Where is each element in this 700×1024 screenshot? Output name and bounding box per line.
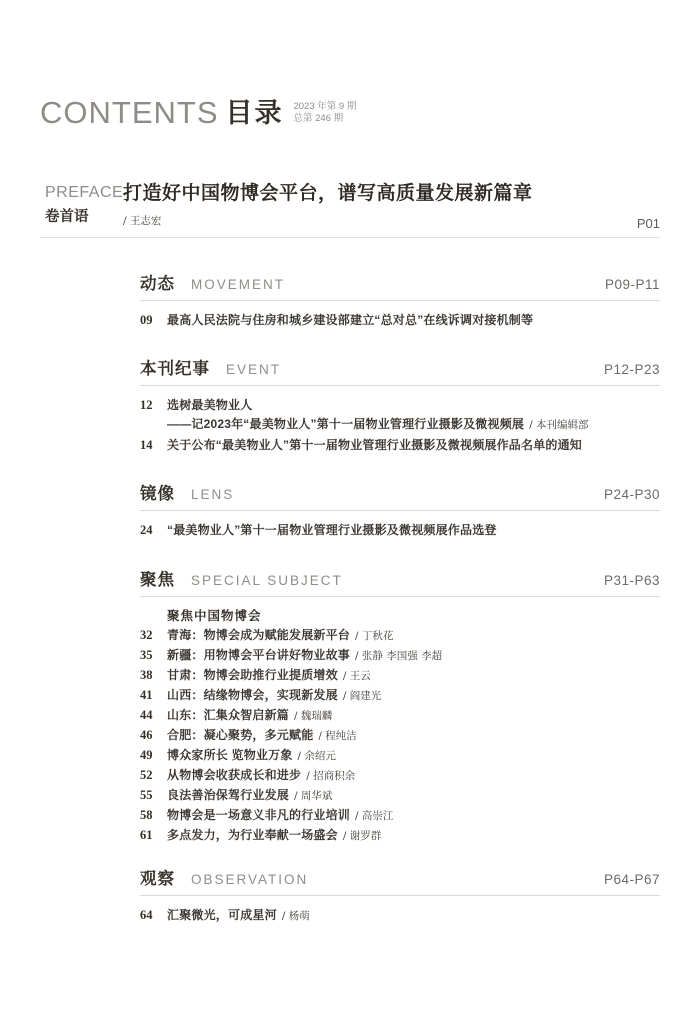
toc-item: 14 关于公布“最美物业人”第十一届物业管理行业摄影及微视频展作品名单的通知 (140, 438, 660, 452)
section-header: 本刊纪事 EVENT P12-P23 (140, 359, 660, 380)
item-author: / 高崇江 (355, 809, 393, 823)
item-author: / 程纯洁 (318, 729, 356, 743)
toc-item: 61 多点发力，为行业奉献一场盛会 / 谢罗群 (140, 828, 660, 843)
item-title: 汇聚微光，可成星河 (167, 908, 277, 922)
section-header: 镜像 LENS P24-P30 (140, 484, 660, 505)
item-title: 山东：汇集众智启新篇 (167, 708, 289, 722)
item-page-number: 55 (140, 788, 167, 802)
section-title-en: MOVEMENT (191, 275, 285, 295)
section-divider (140, 385, 660, 386)
toc-item: 55 良法善治保驾行业发展 / 周华斌 (140, 788, 660, 803)
item-author: / 阎建光 (343, 689, 381, 703)
item-title: 多点发力，为行业奉献一场盛会 (167, 828, 338, 842)
toc-item: 41 山西：结缘物博会，实现新发展 / 阎建光 (140, 688, 660, 703)
toc-item: 24 “最美物业人”第十一届物业管理行业摄影及微视频展作品选登 (140, 523, 660, 537)
item-title: 从物博会收获成长和进步 (167, 768, 301, 782)
toc-item: 49 博众家所长 览物业万象 / 余绍元 (140, 748, 660, 763)
item-page-number: 24 (140, 523, 167, 537)
section-lens: 镜像 LENS P24-P30 24 “最美物业人”第十一届物业管理行业摄影及微… (140, 484, 660, 542)
item-page-number: 12 (140, 398, 167, 412)
section-divider (140, 510, 660, 511)
item-title: 关于公布“最美物业人”第十一届物业管理行业摄影及微视频展作品名单的通知 (167, 438, 582, 452)
section-title-en: EVENT (226, 360, 281, 380)
section-page-range: P24-P30 (604, 485, 660, 505)
item-author: / 王云 (343, 669, 371, 683)
item-subtitle: ——记2023年“最美物业人”第十一届物业管理行业摄影及微视频展 (167, 417, 524, 431)
item-page-number: 41 (140, 688, 167, 702)
toc-item: 46 合肥：凝心聚势，多元赋能 / 程纯洁 (140, 728, 660, 743)
toc-item: 32 青海：物博会成为赋能发展新平台 / 丁秋花 (140, 628, 660, 643)
item-page-number: 64 (140, 908, 167, 922)
toc-item: 38 甘肃：物博会助推行业提质增效 / 王云 (140, 668, 660, 683)
item-page-number: 38 (140, 668, 167, 682)
section-header: 聚焦 SPECIAL SUBJECT P31-P63 (140, 570, 660, 591)
item-title: 博众家所长 览物业万象 (167, 748, 293, 762)
item-author: / 余绍元 (298, 749, 336, 763)
item-author: / 张静 李国强 李超 (355, 649, 442, 663)
item-author: / 周华斌 (294, 789, 332, 803)
issue-info: 2023 年第 9 期 总第 246 期 (294, 96, 357, 125)
item-page-number: 61 (140, 828, 167, 842)
item-title: 良法善治保驾行业发展 (167, 788, 289, 802)
item-title: 选树最美物业人 (167, 398, 252, 412)
toc-item: 44 山东：汇集众智启新篇 / 魏瑞麟 (140, 708, 660, 723)
section-title-zh: 聚焦 (140, 570, 175, 590)
section-title-en: OBSERVATION (191, 870, 308, 890)
preface-article-title: 打造好中国物博会平台，谱写高质量发展新篇章 (123, 182, 620, 206)
toc-item: 35 新疆：用物博会平台讲好物业故事 / 张静 李国强 李超 (140, 648, 660, 663)
section-divider (140, 596, 660, 597)
item-title: 新疆：用物博会平台讲好物业故事 (167, 648, 350, 662)
item-title: 青海：物博会成为赋能发展新平台 (167, 628, 350, 642)
section-items: 32 青海：物博会成为赋能发展新平台 / 丁秋花 35 新疆：用物博会平台讲好物… (140, 628, 660, 843)
item-page-number: 32 (140, 628, 167, 642)
section-title-zh: 本刊纪事 (140, 359, 210, 379)
contents-title-en: CONTENTS (40, 96, 219, 130)
item-author: / 杨萌 (282, 909, 310, 923)
item-page-number: 58 (140, 808, 167, 822)
contents-page: CONTENTS 目录 2023 年第 9 期 总第 246 期 PREFACE… (0, 0, 700, 1024)
toc-item: 64 汇聚微光，可成星河 / 杨萌 (140, 908, 660, 923)
item-title: 最高人民法院与住房和城乡建设部建立“总对总”在线诉调对接机制等 (167, 313, 533, 327)
preface-main: 打造好中国物博会平台，谱写高质量发展新篇章 / 王志宏 (123, 182, 660, 228)
item-title: 合肥：凝心聚势，多元赋能 (167, 728, 313, 742)
section-divider (140, 300, 660, 301)
section-special-subject: 聚焦 SPECIAL SUBJECT P31-P63 聚焦中国物博会 32 青海… (140, 570, 660, 848)
item-title: 山西：结缘物博会，实现新发展 (167, 688, 338, 702)
section-title-en: SPECIAL SUBJECT (191, 571, 343, 591)
item-author: / 本刊编辑部 (529, 418, 588, 432)
section-items: 24 “最美物业人”第十一届物业管理行业摄影及微视频展作品选登 (140, 523, 660, 537)
section-title-zh: 镜像 (140, 484, 175, 504)
section-title-zh: 动态 (140, 274, 175, 294)
section-movement: 动态 MOVEMENT P09-P11 09 最高人民法院与住房和城乡建设部建立… (140, 274, 660, 332)
section-page-range: P64-P67 (604, 870, 660, 890)
section-page-range: P12-P23 (604, 360, 660, 380)
preface-label-zh: 卷首语 (45, 205, 123, 226)
section-items: 12 选树最美物业人 ——记2023年“最美物业人”第十一届物业管理行业摄影及微… (140, 398, 660, 452)
section-title-en: LENS (191, 485, 234, 505)
section-header: 动态 MOVEMENT P09-P11 (140, 274, 660, 295)
section-page-range: P09-P11 (605, 275, 660, 295)
item-author: / 魏瑞麟 (294, 709, 332, 723)
item-title: “最美物业人”第十一届物业管理行业摄影及微视频展作品选登 (167, 523, 497, 537)
section-event: 本刊纪事 EVENT P12-P23 12 选树最美物业人 ——记2023年“最… (140, 359, 660, 457)
item-page-number: 09 (140, 313, 167, 327)
section-items: 09 最高人民法院与住房和城乡建设部建立“总对总”在线诉调对接机制等 (140, 313, 660, 327)
toc-item: 12 选树最美物业人 (140, 398, 660, 412)
preface-section: PREFACE 卷首语 打造好中国物博会平台，谱写高质量发展新篇章 / 王志宏 … (45, 182, 660, 228)
item-page-number: 52 (140, 768, 167, 782)
section-page-range: P31-P63 (604, 571, 660, 591)
section-title-zh: 观察 (140, 869, 175, 889)
toc-item-continuation: ——记2023年“最美物业人”第十一届物业管理行业摄影及微视频展 / 本刊编辑部 (140, 417, 660, 432)
preface-divider (40, 237, 660, 238)
item-author: / 谢罗群 (343, 829, 381, 843)
item-page-number: 46 (140, 728, 167, 742)
preface-label: PREFACE 卷首语 (45, 184, 123, 226)
toc-item: 52 从物博会收获成长和进步 / 招商积余 (140, 768, 660, 783)
section-header: 观察 OBSERVATION P64-P67 (140, 869, 660, 890)
item-page-number: 14 (140, 438, 167, 452)
item-page-number: 44 (140, 708, 167, 722)
item-title: 物博会是一场意义非凡的行业培训 (167, 808, 350, 822)
toc-item: 09 最高人民法院与住房和城乡建设部建立“总对总”在线诉调对接机制等 (140, 313, 660, 327)
masthead: CONTENTS 目录 2023 年第 9 期 总第 246 期 (40, 96, 356, 130)
item-page-number: 49 (140, 748, 167, 762)
preface-page-number: P01 (637, 216, 660, 231)
section-items: 64 汇聚微光，可成星河 / 杨萌 (140, 908, 660, 923)
preface-label-en: PREFACE (45, 184, 123, 202)
item-author: / 丁秋花 (355, 629, 393, 643)
issue-number: 2023 年第 9 期 (294, 101, 357, 112)
section-observation: 观察 OBSERVATION P64-P67 64 汇聚微光，可成星河 / 杨萌 (140, 869, 660, 928)
item-page-number: 35 (140, 648, 167, 662)
section-divider (140, 895, 660, 896)
item-title: 甘肃：物博会助推行业提质增效 (167, 668, 338, 682)
preface-article-author: / 王志宏 (123, 213, 620, 228)
issue-total: 总第 246 期 (294, 113, 344, 124)
item-author: / 招商积余 (306, 769, 355, 783)
section-subheading: 聚焦中国物博会 (167, 609, 660, 623)
contents-title-zh: 目录 (226, 96, 284, 130)
toc-item: 58 物博会是一场意义非凡的行业培训 / 高崇江 (140, 808, 660, 823)
